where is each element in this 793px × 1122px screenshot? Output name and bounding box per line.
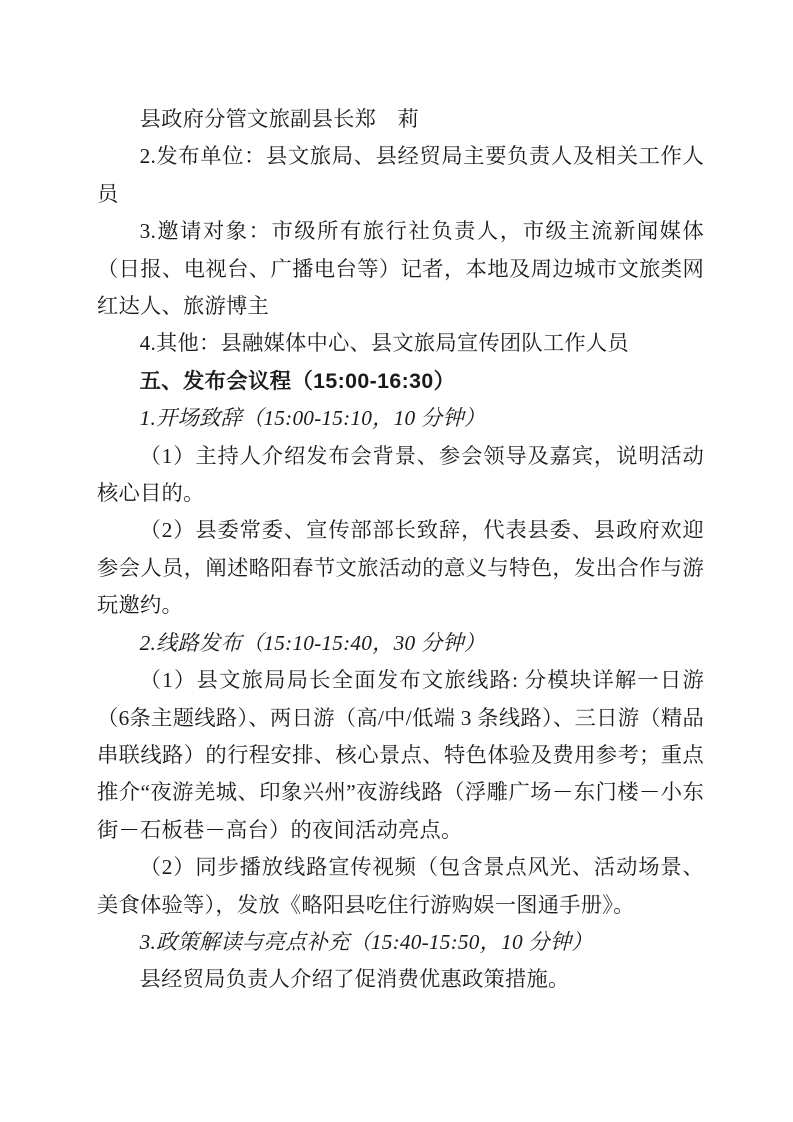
paragraph-other-staff: 4.其他：县融媒体中心、县文旅局宣传团队工作人员 (97, 325, 704, 362)
paragraph-route-details: （1）县文旅局局长全面发布文旅线路: 分模块详解一日游（6条主题线路）、两日游（… (97, 662, 704, 849)
paragraph-host-introduction: （1）主持人介绍发布会背景、参会领导及嘉宾，说明活动核心目的。 (97, 438, 704, 513)
paragraph-invited-guests: 3.邀请对象：市级所有旅行社负责人，市级主流新闻媒体（日报、电视台、广播电台等）… (97, 213, 704, 325)
document-page: 县政府分管文旅副县长郑 莉 2.发布单位：县文旅局、县经贸局主要负责人及相关工作… (0, 0, 793, 1122)
paragraph-policy-measures: 县经贸局负责人介绍了促消费优惠政策措施。 (97, 961, 704, 998)
document-body: 县政府分管文旅副县长郑 莉 2.发布单位：县文旅局、县经贸局主要负责人及相关工作… (97, 101, 704, 999)
agenda-item-opening-remarks: 1.开场致辞（15:00-15:10，10 分钟） (97, 400, 704, 437)
paragraph-attendee-leader: 县政府分管文旅副县长郑 莉 (97, 101, 704, 138)
paragraph-publishing-units: 2.发布单位：县文旅局、县经贸局主要负责人及相关工作人员 (97, 138, 704, 213)
section-heading-agenda: 五、发布会议程（15:00-16:30） (97, 363, 704, 400)
paragraph-promo-video: （2）同步播放线路宣传视频（包含景点风光、活动场景、美食体验等），发放《略阳县吃… (97, 849, 704, 924)
agenda-item-policy-explanation: 3.政策解读与亮点补充（15:40-15:50，10 分钟） (97, 924, 704, 961)
paragraph-leader-speech: （2）县委常委、宣传部部长致辞，代表县委、县政府欢迎参会人员，阐述略阳春节文旅活… (97, 512, 704, 624)
agenda-item-route-release: 2.线路发布（15:10-15:40，30 分钟） (97, 625, 704, 662)
